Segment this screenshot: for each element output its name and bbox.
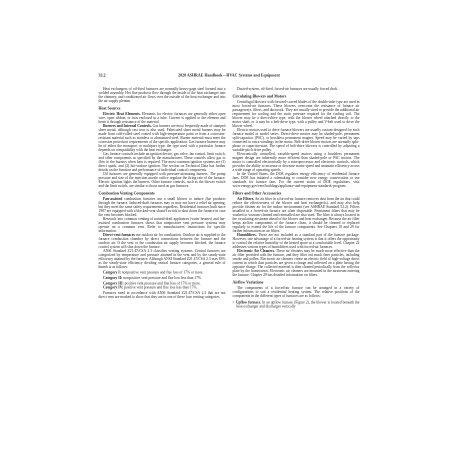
bold-lead: Category II: [103, 276, 122, 281]
bold-lead: Category IV: [103, 285, 123, 290]
section-heading: Airflow Variations [233, 281, 360, 285]
body-paragraph: Research into common venting of natural-… [99, 217, 226, 233]
page-content: 33.2 2020 ASHRAE Handbook—HVAC Systems a… [99, 0, 360, 309]
page-number: 33.2 [99, 73, 106, 78]
bold-lead: Category I: [103, 270, 121, 275]
left-column: Heat exchangers of oil-fired furnaces ar… [99, 87, 226, 309]
body-paragraph: Direct-vent furnaces use outdoor air for… [99, 233, 226, 249]
body-paragraph: Fan-assisted combustion furnaces use a s… [99, 197, 226, 217]
body-paragraph: Heat exchangers of oil-fired furnaces ar… [99, 87, 226, 103]
body-paragraph: Electric Heat Elements. Elements for ele… [99, 112, 226, 124]
body-paragraph: Burners and Internal Controls. Gas burne… [99, 124, 226, 152]
body-paragraph: In the United States, the DOE regulates … [233, 172, 360, 188]
section-heading: Circulating Blowers and Motors [233, 95, 360, 99]
bold-lead: Fan-assisted [103, 197, 122, 202]
body-paragraph: Humidifiers. These are not included as a… [233, 233, 360, 249]
page-scale-wrapper: 33.2 2020 ASHRAE Handbook—HVAC Systems a… [0, 0, 458, 458]
body-paragraph: Electronic Air Cleaners. These air clean… [233, 249, 360, 277]
section-heading: Combustion Venting Components [99, 192, 226, 196]
running-title: 2020 ASHRAE Handbook—HVAC Systems and Eq… [99, 73, 360, 78]
body-paragraph: Centrifugal blowers with forward-curved … [233, 100, 360, 128]
body-paragraph: Category IV: positive vent pressure and … [99, 286, 226, 290]
bold-lead: Electronic Air Cleaners. [237, 249, 275, 254]
body-paragraph: Category I: nonpositive vent pressure an… [99, 271, 226, 275]
body-paragraph: Electric motors used to drive furnace bl… [233, 128, 360, 152]
bold-lead: Air Filters. [237, 197, 254, 202]
two-column-layout: Heat exchangers of oil-fired furnaces ar… [99, 87, 360, 309]
running-header: 33.2 2020 ASHRAE Handbook—HVAC Systems a… [99, 73, 360, 79]
bold-lead: Burners and Internal Controls. [103, 124, 152, 129]
body-paragraph: Ducted-system, oil-fired, forced-air fur… [233, 87, 360, 91]
bold-lead: Direct-vent furnaces [103, 233, 135, 238]
body-paragraph: Gas furnace controls include an ignition… [99, 152, 226, 172]
bold-lead: Electric Heat Elements. [103, 112, 141, 117]
body-paragraph: ANSI Standard Z21.47/CSA 2.3 classifies … [99, 249, 226, 269]
section-heading: Filters and Other Accessories [233, 192, 360, 196]
right-column: Ducted-system, oil-fired, forced-air fur… [233, 87, 360, 309]
body-paragraph: Furnaces rated in accordance with ANSI S… [99, 291, 226, 299]
bullet-item: • Upflow furnace. In an upflow furnace (… [233, 301, 360, 309]
body-paragraph: Oil furnaces are generally equipped with… [99, 172, 226, 188]
body-paragraph: The components of a forced-air furnace c… [233, 286, 360, 298]
document-page: 33.2 2020 ASHRAE Handbook—HVAC Systems a… [0, 0, 458, 458]
bold-lead: Upflow furnace. [236, 300, 261, 305]
body-paragraph: Category II: nonpositive vent pressure a… [99, 276, 226, 280]
section-heading: Heat Sources [99, 107, 226, 111]
body-paragraph: Air Filters. An air filter in a forced-a… [233, 197, 360, 233]
body-paragraph: Electronically controlled, variable-spee… [233, 152, 360, 172]
bold-lead: Humidifiers. [237, 233, 257, 238]
